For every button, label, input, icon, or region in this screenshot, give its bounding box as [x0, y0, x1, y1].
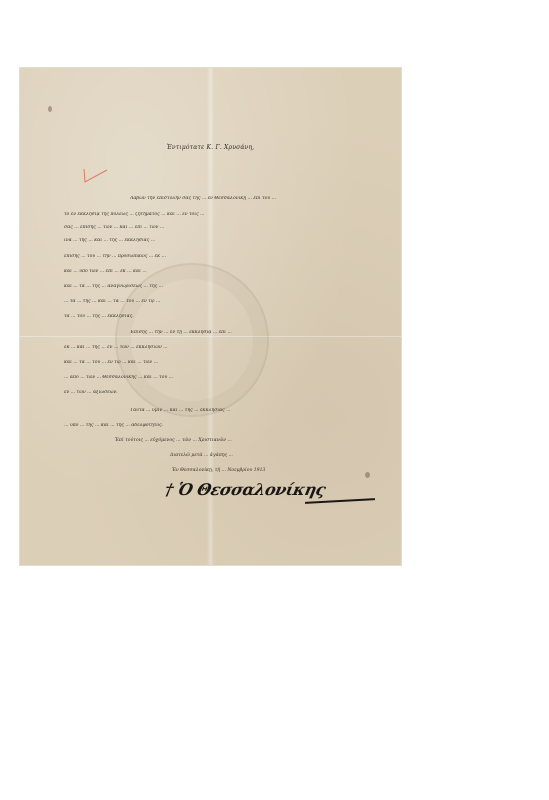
body-line: Λαβὼν τὴν ἐπιστολήν σας τῆς ... ἐν Θεσσα… [130, 196, 381, 202]
body-line: καὶ ... τὰ ... τῆς ... ἀναγνωρίσεως ... … [64, 284, 381, 290]
body-line: ἐκ ... καὶ ... τῆς ... ἐν ... τῶν ... ἐκ… [64, 345, 381, 351]
place-date: Ἐν Θεσσαλονίκῃ, τῇ ... Νοεμβρίου 1913 [172, 468, 265, 473]
closing-line: Ἐπὶ τούτοις ... εὐχόμενος ... τῶν ... Χρ… [115, 438, 232, 443]
red-check-mark-icon [82, 168, 108, 184]
ink-spot [48, 106, 52, 112]
body-line: σᾶς ... ἐπίσης ... τῶν ... καὶ ... ἐπὶ .… [64, 225, 381, 231]
body-line: ... ἀπὸ ... τῶν ... Θεσσαλονίκης ... καὶ… [64, 375, 381, 381]
body-line: τὰ ... τοῦ ... τῆς ... ἐκκλησίας. [64, 314, 381, 320]
closing-line: Διατελῶ μετὰ ... ἀγάπης ... [170, 453, 233, 458]
body-line: ἐπίσης ... τοῦ ... τὴν ... προσωπικῶς ..… [64, 254, 381, 260]
body-line: ἵνα ... τῆς ... καὶ ... τῆς ... ἐκκλησία… [64, 238, 381, 244]
body-line: ... τὰ ... τῆς ... καὶ ... τὰ ... τοῦ ..… [64, 299, 381, 305]
letter-greeting: Ἐντιμότατε Κ. Γ. Χρυσάνη, [20, 144, 401, 151]
body-line: Ταῦτα ... ὑμῖν ... καὶ ... τῆς ... ἐκκλη… [130, 408, 381, 414]
body-line: καὶ ... τὰ ... τοῦ ... ἐν τῷ ... καὶ ...… [64, 360, 381, 366]
body-line: ... ὑπὸ ... τῆς ... καὶ ... τῆς ... ἀδελ… [64, 423, 381, 429]
body-line: τὸ ἐν ἐκκλησίᾳ τῆς πόλεως ... ζητήματος … [64, 212, 381, 218]
signature: † Ὁ Θεσσαλονίκης [163, 480, 327, 499]
body-line: Ἐπίσης ... τὴν ... ἐν τῇ ... ἐκκλησίᾳ ..… [130, 330, 381, 336]
signature-flourish [305, 498, 375, 504]
letter-paper: Ἐντιμότατε Κ. Γ. Χρυσάνη, Λαβὼν τὴν ἐπισ… [20, 68, 401, 565]
ink-spot [365, 472, 370, 478]
body-line: ἐν ... τῶν ... ἀξιώσεων. [64, 390, 381, 396]
body-line: καὶ ... ὑπὸ τῶν ... ἐπὶ ... ἐκ ... καὶ .… [64, 269, 381, 275]
